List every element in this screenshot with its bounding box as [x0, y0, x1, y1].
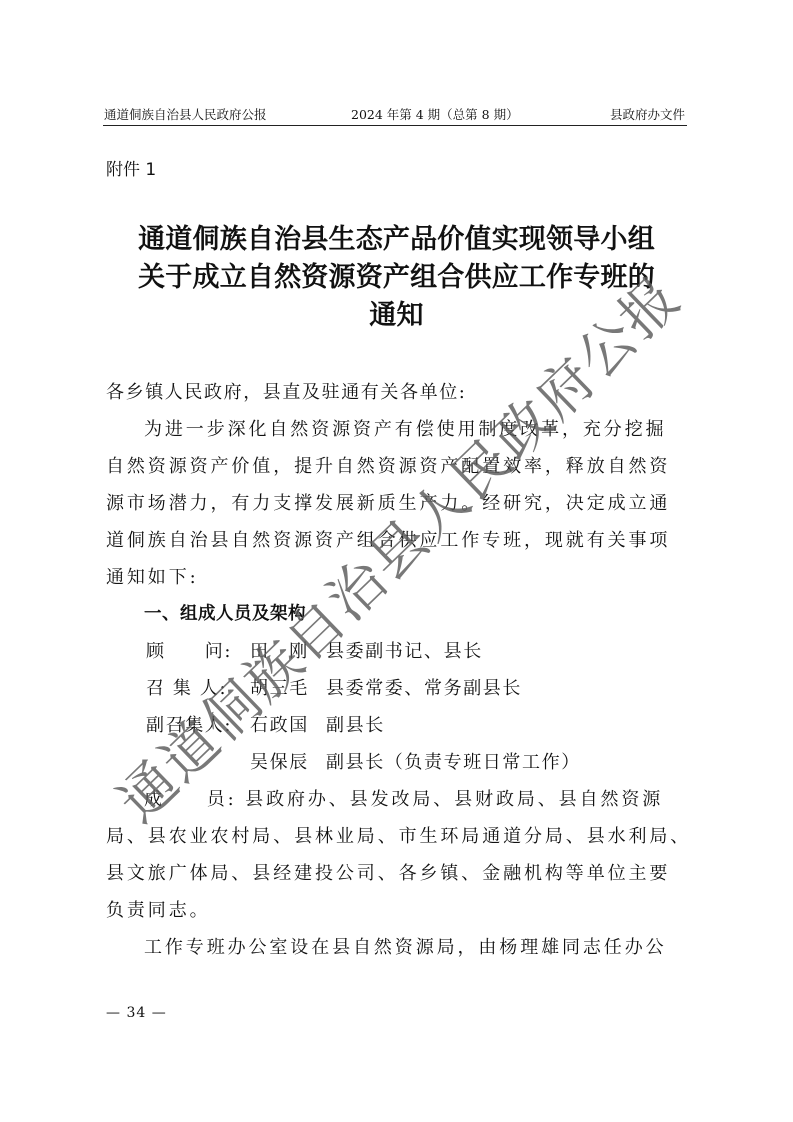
- intro-line: 道侗族自治县自然资源资产组合供应工作专班，现就有关事项: [106, 522, 684, 559]
- intro-line: 为进一步深化自然资源资产有偿使用制度改革，充分挖掘: [106, 411, 684, 448]
- members-line: 县文旅广体局、县经建投公司、各乡镇、金融机构等单位主要: [106, 855, 684, 892]
- roster-name: 胡三毛: [250, 670, 309, 707]
- members-line: 局、县农业农村局、县林业局、市生环局通道分局、县水利局、: [106, 818, 684, 855]
- document-page: 通道侗族自治县人民政府公报 2024 年第 4 期（总第 8 期） 县政府办文件…: [0, 0, 793, 1122]
- roster-row-deputy-convener-2: 吴保辰 副县长（负责专班日常工作）: [106, 744, 684, 781]
- title-line-1: 通道侗族自治县生态产品价值实现领导小组: [100, 221, 693, 259]
- section-heading: 一、组成人员及架构: [106, 596, 684, 633]
- intro-line: 源市场潜力，有力支撑发展新质生产力。经研究，决定成立通: [106, 485, 684, 522]
- members-line: 成 员: 县政府办、县发改局、县财政局、县自然资源: [106, 781, 684, 818]
- document-body: 各乡镇人民政府，县直及驻通有关各单位: 为进一步深化自然资源资产有偿使用制度改革…: [106, 374, 684, 966]
- roster-row-deputy-convener: 副召集人: 石政国 副县长: [106, 707, 684, 744]
- header-divider: [103, 125, 687, 126]
- roster-role: 副召集人:: [146, 707, 232, 744]
- roster-name: 吴保辰: [250, 744, 309, 781]
- roster-title: 县委常委、常务副县长: [326, 670, 522, 707]
- roster-title: 副县长（负责专班日常工作）: [326, 744, 581, 781]
- salutation: 各乡镇人民政府，县直及驻通有关各单位:: [106, 374, 684, 411]
- intro-line: 通知如下:: [106, 559, 684, 596]
- running-header: 通道侗族自治县人民政府公报 2024 年第 4 期（总第 8 期） 县政府办文件: [104, 106, 687, 124]
- roster-role: 召 集 人:: [146, 670, 227, 707]
- page-number: — 34 —: [106, 1003, 167, 1023]
- roster-name: 石政国: [250, 707, 309, 744]
- roster-role: 顾 问:: [146, 633, 232, 670]
- office-paragraph: 工作专班办公室设在县自然资源局，由杨理雄同志任办公: [106, 929, 684, 966]
- title-line-2: 关于成立自然资源资产组合供应工作专班的: [100, 259, 693, 297]
- intro-line: 自然资源资产价值，提升自然资源资产配置效率，释放自然资: [106, 448, 684, 485]
- header-issue-number: 2024 年第 4 期（总第 8 期）: [351, 106, 519, 124]
- intro-paragraph: 为进一步深化自然资源资产有偿使用制度改革，充分挖掘 自然资源资产价值，提升自然资…: [106, 411, 684, 596]
- title-line-3: 通知: [100, 297, 693, 335]
- roster-row-advisor: 顾 问: 田 刚 县委副书记、县长: [106, 633, 684, 670]
- header-section-name: 县政府办文件: [610, 106, 685, 124]
- roster-list: 顾 问: 田 刚 县委副书记、县长 召 集 人: 胡三毛 县委常委、常务副县长 …: [106, 633, 684, 781]
- attachment-label: 附件 1: [106, 158, 156, 182]
- members-line: 负责同志。: [106, 892, 684, 929]
- roster-name: 田 刚: [250, 633, 309, 670]
- document-title: 通道侗族自治县生态产品价值实现领导小组 关于成立自然资源资产组合供应工作专班的 …: [100, 221, 693, 335]
- header-publication-name: 通道侗族自治县人民政府公报: [104, 106, 267, 124]
- roster-row-convener: 召 集 人: 胡三毛 县委常委、常务副县长: [106, 670, 684, 707]
- roster-title: 副县长: [326, 707, 385, 744]
- roster-title: 县委副书记、县长: [326, 633, 483, 670]
- members-paragraph: 成 员: 县政府办、县发改局、县财政局、县自然资源 局、县农业农村局、县林业局、…: [106, 781, 684, 929]
